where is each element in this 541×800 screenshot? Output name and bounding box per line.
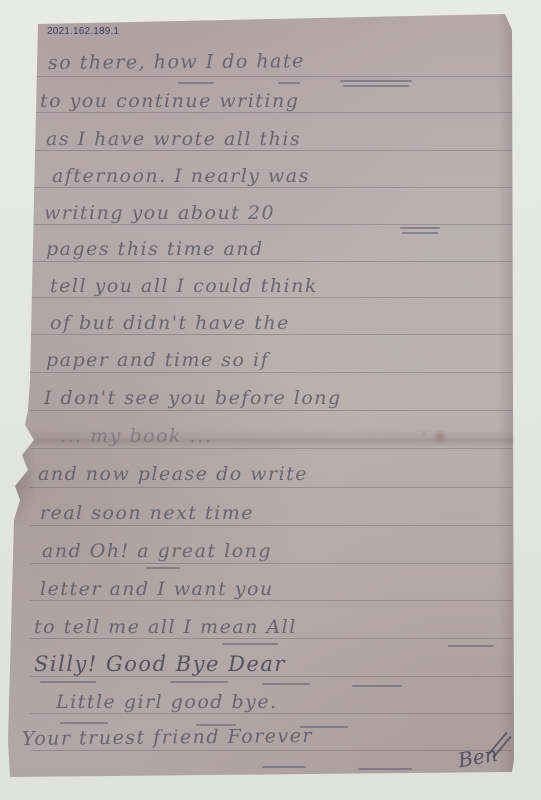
ruled-line <box>30 600 512 601</box>
ruled-line <box>30 187 512 188</box>
underline-stroke <box>300 726 348 728</box>
handwriting-line-12: and now please do write <box>38 463 308 485</box>
underline-stroke <box>146 567 180 569</box>
underline-stroke <box>343 85 409 87</box>
underline-stroke <box>222 643 278 645</box>
underline-stroke <box>448 645 494 647</box>
handwriting-line-14: and Oh! a great long <box>42 540 272 562</box>
handwriting-line-8: of but didn't have the <box>50 312 290 334</box>
handwriting-line-1: so there, how I do hate <box>48 50 305 74</box>
handwriting-line-9: paper and time so if <box>46 349 269 371</box>
paper-edge-shadow <box>498 14 514 774</box>
ruled-line <box>30 261 512 262</box>
ruled-line <box>30 297 512 298</box>
underline-stroke <box>262 683 310 685</box>
ruled-line <box>30 563 512 564</box>
handwriting-line-10: I don't see you before long <box>44 387 342 409</box>
handwriting-line-19-closing: Your truest friend Forever <box>22 725 313 750</box>
underline-stroke <box>352 685 402 687</box>
ruled-line <box>30 112 512 113</box>
handwriting-line-3: as I have wrote all this <box>46 128 301 150</box>
ruled-line <box>30 372 512 373</box>
underline-stroke <box>400 227 440 229</box>
ruled-line <box>30 750 512 751</box>
handwriting-line-13: real soon next time <box>40 502 254 524</box>
handwriting-line-16: to tell me all I mean All <box>34 616 297 638</box>
ruled-line <box>30 448 512 449</box>
catalog-number: 2021.162.189.1 <box>47 26 119 37</box>
handwriting-line-7: tell you all I could think <box>50 275 318 297</box>
handwriting-line-17: Silly! Good Bye Dear <box>34 652 286 676</box>
ruled-line <box>30 410 512 411</box>
letter-page: 2021.162.189.1 so there, how I do hate t… <box>0 0 541 800</box>
handwriting-line-2: to you continue writing <box>40 90 299 112</box>
underline-stroke <box>170 681 228 683</box>
handwriting-line-18: Little girl good bye. <box>56 691 278 713</box>
underline-stroke <box>278 82 300 84</box>
underline-stroke <box>40 681 96 683</box>
ruled-line <box>30 638 512 639</box>
underline-stroke <box>402 232 438 234</box>
underline-stroke <box>262 766 306 768</box>
handwriting-line-11-faded: ... my book ... <box>60 425 212 447</box>
ruled-line <box>30 676 512 677</box>
ruled-line <box>30 713 512 714</box>
underline-stroke <box>340 80 412 82</box>
underline-stroke <box>196 724 236 726</box>
ruled-line <box>30 525 512 526</box>
ruled-line <box>30 76 512 77</box>
water-stain <box>420 430 428 438</box>
handwriting-line-5: writing you about 20 <box>44 202 275 224</box>
handwriting-line-4: afternoon. I nearly was <box>52 165 310 187</box>
ruled-line <box>30 334 512 335</box>
handwriting-line-15: letter and I want you <box>40 578 274 600</box>
ruled-line <box>30 224 512 225</box>
underline-stroke <box>358 768 412 770</box>
water-stain <box>432 428 448 446</box>
ruled-line <box>30 487 512 488</box>
underline-stroke <box>60 722 108 724</box>
underline-stroke <box>178 82 214 84</box>
ruled-line <box>30 150 512 151</box>
handwriting-line-6: pages this time and <box>46 238 264 260</box>
